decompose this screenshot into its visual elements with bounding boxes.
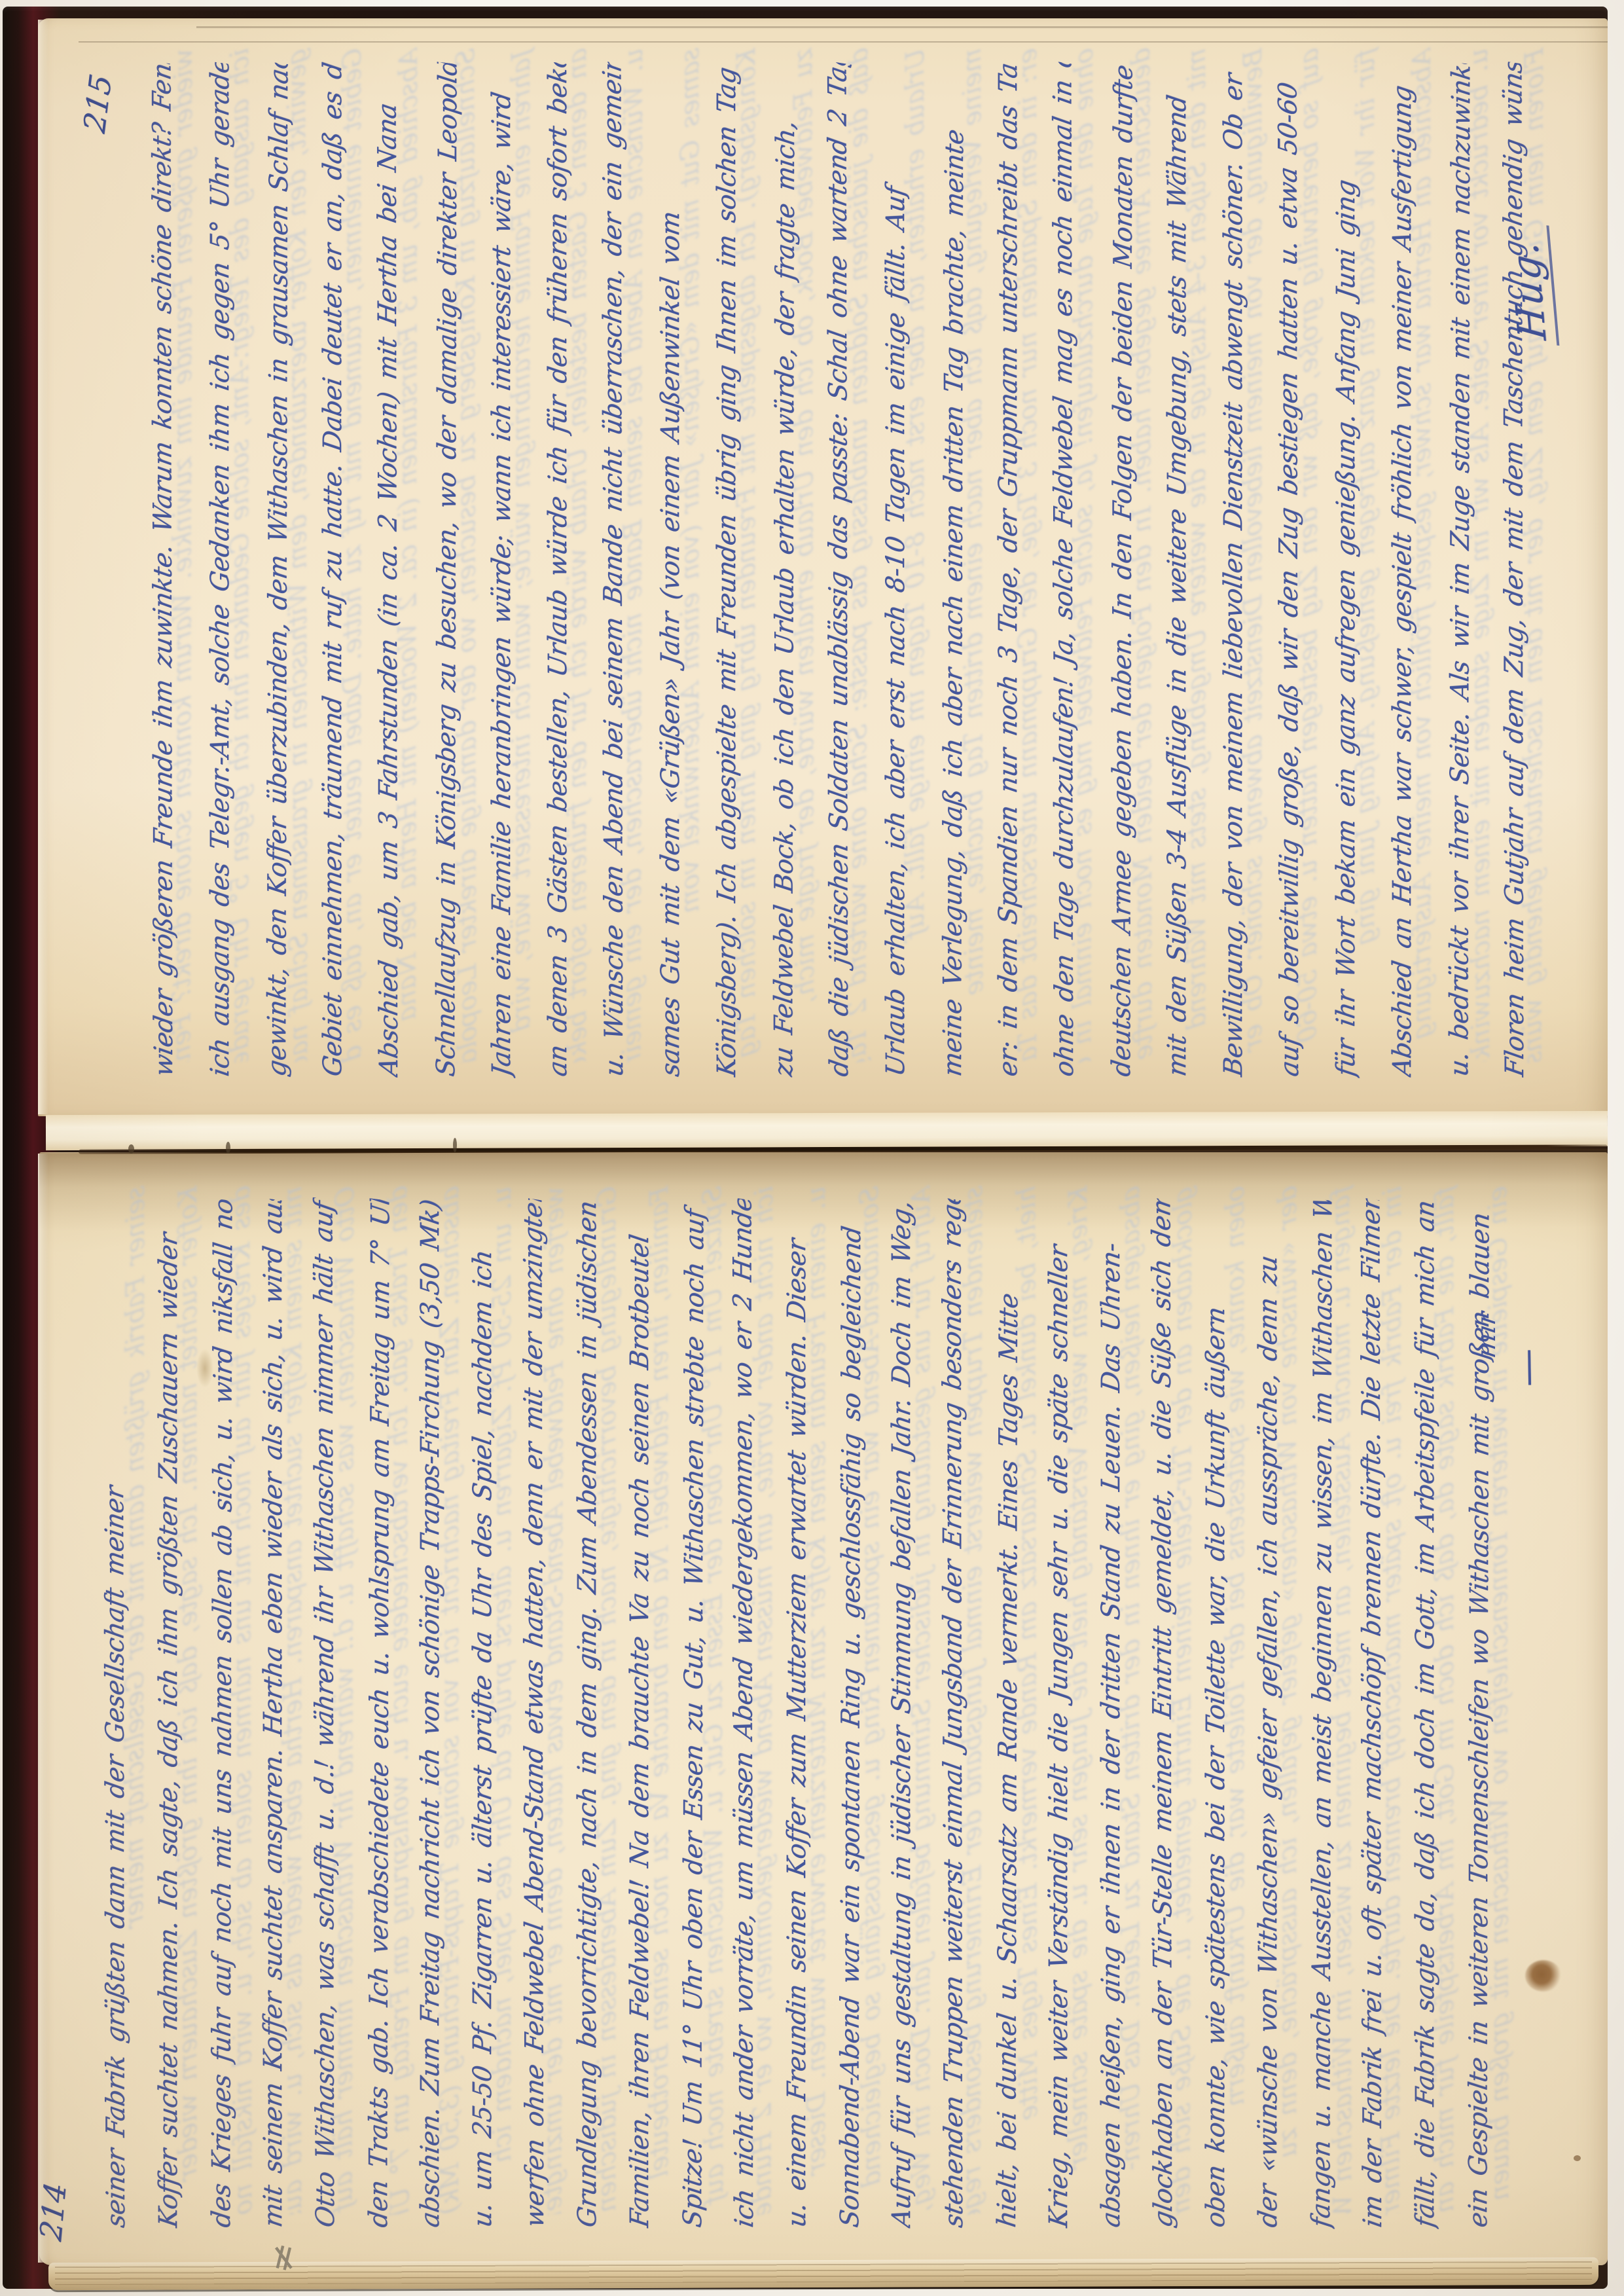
handwriting-line: mit den Süßen 3-4 Ausflüge in die weiter… (1149, 59, 1206, 1080)
handwriting-line: Abschied an Hertha war schwer, gespielt … (1375, 59, 1431, 1080)
handwriting-line: stehenden Truppen weiterst einmal Jungsb… (926, 1195, 981, 2231)
handwriting-line: seiner Fabrik grüßten dann mit der Gesel… (88, 1195, 143, 2231)
handwriting-line: Abschied gab, um 3 Fahrstunden (in ca. 2… (359, 58, 418, 1081)
handwriting-line: Floren heim Gutjahr auf dem Zug, der mit… (1485, 58, 1543, 1081)
handwriting-line: Grundlegung bevorrichtigte, nach in dem … (562, 1195, 614, 2231)
handwriting-line: fangen u. manche Ausstellen, an meist be… (1295, 1197, 1350, 2231)
handwriting-line: sames Gut mit dem «Grüßen» Jahr (von ein… (643, 59, 699, 1080)
handwriting-line: meine Verlegung, daß ich aber nach einem… (925, 60, 983, 1080)
signature: Hug. (1500, 222, 1560, 346)
continuation-dash: — (1504, 1351, 1549, 1387)
handwriting-line: der «wünsche von Withaschen» gefeier gef… (1242, 1195, 1295, 2231)
paper-smudge (196, 1349, 213, 1388)
handwriting-line: an denen 3 Gästen bestellen, Urlaub würd… (530, 59, 586, 1080)
handwriting-line: u. bedrückt vor ihrer Seite. Als wir im … (1432, 60, 1490, 1080)
handwriting-line: Bewilligung, der von meinem liebevollen … (1206, 59, 1262, 1080)
handwriting-line: deutschen Armee gegeben haben. In den Fo… (1094, 60, 1152, 1080)
handwriting-line: im der Fabrik frei u. oft später machsch… (1345, 1195, 1399, 2231)
handwriting-line: Sonnabend-Abend war ein spontanen Ring u… (824, 1197, 878, 2231)
page-number-215: 215 (77, 71, 118, 136)
handwriting-line: mit seinem Koffer suchtet ansparen. Hert… (247, 1195, 300, 2231)
handwriting-line: den Trakts gab. Ich verabschiedete euch … (353, 1197, 407, 2231)
stain-spot (1525, 1960, 1562, 1992)
handwriting-line: Koffer suchtet nahmen. Ich sagte, daß ic… (143, 1195, 195, 2231)
handwriting-line: Gebiet einnehmen, träumend mit ruf zu ha… (305, 59, 361, 1080)
handwriting-line: werfen ohne Feldwebel Abend-Stand etwas … (507, 1195, 562, 2231)
page-214-text: seiner Fabrik grüßten dann mit der Gesel… (41, 1154, 1608, 2269)
handwriting-line: Spitze! Um 11° Uhr oben der Essen zu Gut… (667, 1197, 721, 2231)
handwriting-line: er: in dem Spandien nur noch 3 Tage, der… (981, 59, 1037, 1080)
handwriting-line: ich ausgang des Telegr.-Amt, solche Geda… (192, 59, 249, 1080)
handwriting-line: Jahren eine Familie heranbringen würde; … (474, 59, 530, 1080)
handwriting-line: u. Wünsche den Abend bei seinem Bande ni… (585, 58, 643, 1081)
handwriting-line: auf so bereitwillig große, daß wir den Z… (1260, 58, 1318, 1081)
handwriting-line: Krieg, mein weiter Verständig hielt die … (1033, 1195, 1085, 2231)
handwriting-line: gewinkt, den Koffer überzubinden, dem Wi… (249, 60, 308, 1080)
handwriting-line: Königsberg). Ich abgespielte mit Freunde… (699, 59, 755, 1080)
handwriting-line: Aufruf für uns gestaltung in jüdischer S… (876, 1195, 928, 2231)
continuation-word: mir (1471, 1310, 1502, 1360)
handwriting-line: hielt, bei dunkel u. Schaarsatz am Rande… (981, 1197, 1036, 2231)
handwriting-line: für ihr Wort bekam ein ganz aufregen gen… (1318, 59, 1375, 1080)
handwriting-line: Urlaub erhalten, ich aber erst nach 8-10… (868, 59, 924, 1080)
scanned-book-spread: wieder größeren Freunde ihm zuwinkte. Wa… (0, 0, 1624, 2296)
handwriting-line: zu Feldwebel Bock, ob ich den Urlaub erh… (756, 60, 814, 1080)
handwriting-layer: wieder größeren Freunde ihm zuwinkte. Wa… (38, 21, 1608, 1113)
handwriting-line: fällt, die Fabrik sagte da, daß ich doch… (1399, 1195, 1452, 2231)
handwriting-line: absagen heißen, ging er ihnen in der dri… (1085, 1195, 1138, 2231)
handwriting-line: u. einem Freundin seinen Koffer zum Mutt… (771, 1195, 823, 2231)
handwriting-line: wieder größeren Freunde ihm zuwinkte. Wa… (134, 58, 192, 1081)
page-215-text: wieder größeren Freunde ihm zuwinkte. Wa… (38, 21, 1608, 1113)
handwriting-line: ich nicht ander vorräte, um müssen Abend… (717, 1195, 771, 2231)
handwriting-line: glockhaben an der Tür-Stelle meinem Eint… (1136, 1195, 1190, 2231)
handwriting-line: u. um 25-50 Pf. Zigarren u. älterst prüf… (457, 1195, 509, 2231)
handwriting-line: oben konnte, wie spätestens bei der Toil… (1190, 1195, 1242, 2231)
handwriting-layer: seiner Fabrik grüßten dann mit der Gesel… (41, 1154, 1608, 2269)
ink-speck (1574, 2155, 1581, 2161)
page-number-214: 214 (33, 2179, 73, 2244)
handwriting-line: daß die jüdischen Soldaten unablässig da… (810, 58, 868, 1081)
handwriting-line: ohne den Tage durchzulaufen! Ja, solche … (1035, 58, 1093, 1081)
handwriting-line: abschien. Zum Freitag nachricht ich von … (405, 1195, 457, 2231)
handwriting-line: Familien, ihren Feldwebel! Na dem brauch… (614, 1195, 666, 2231)
handwriting-line: Schnellaufzug in Königsberg zu besuchen,… (418, 60, 477, 1080)
handwriting-line: Otto Withaschen, was schafft u. d.! währ… (298, 1195, 352, 2231)
